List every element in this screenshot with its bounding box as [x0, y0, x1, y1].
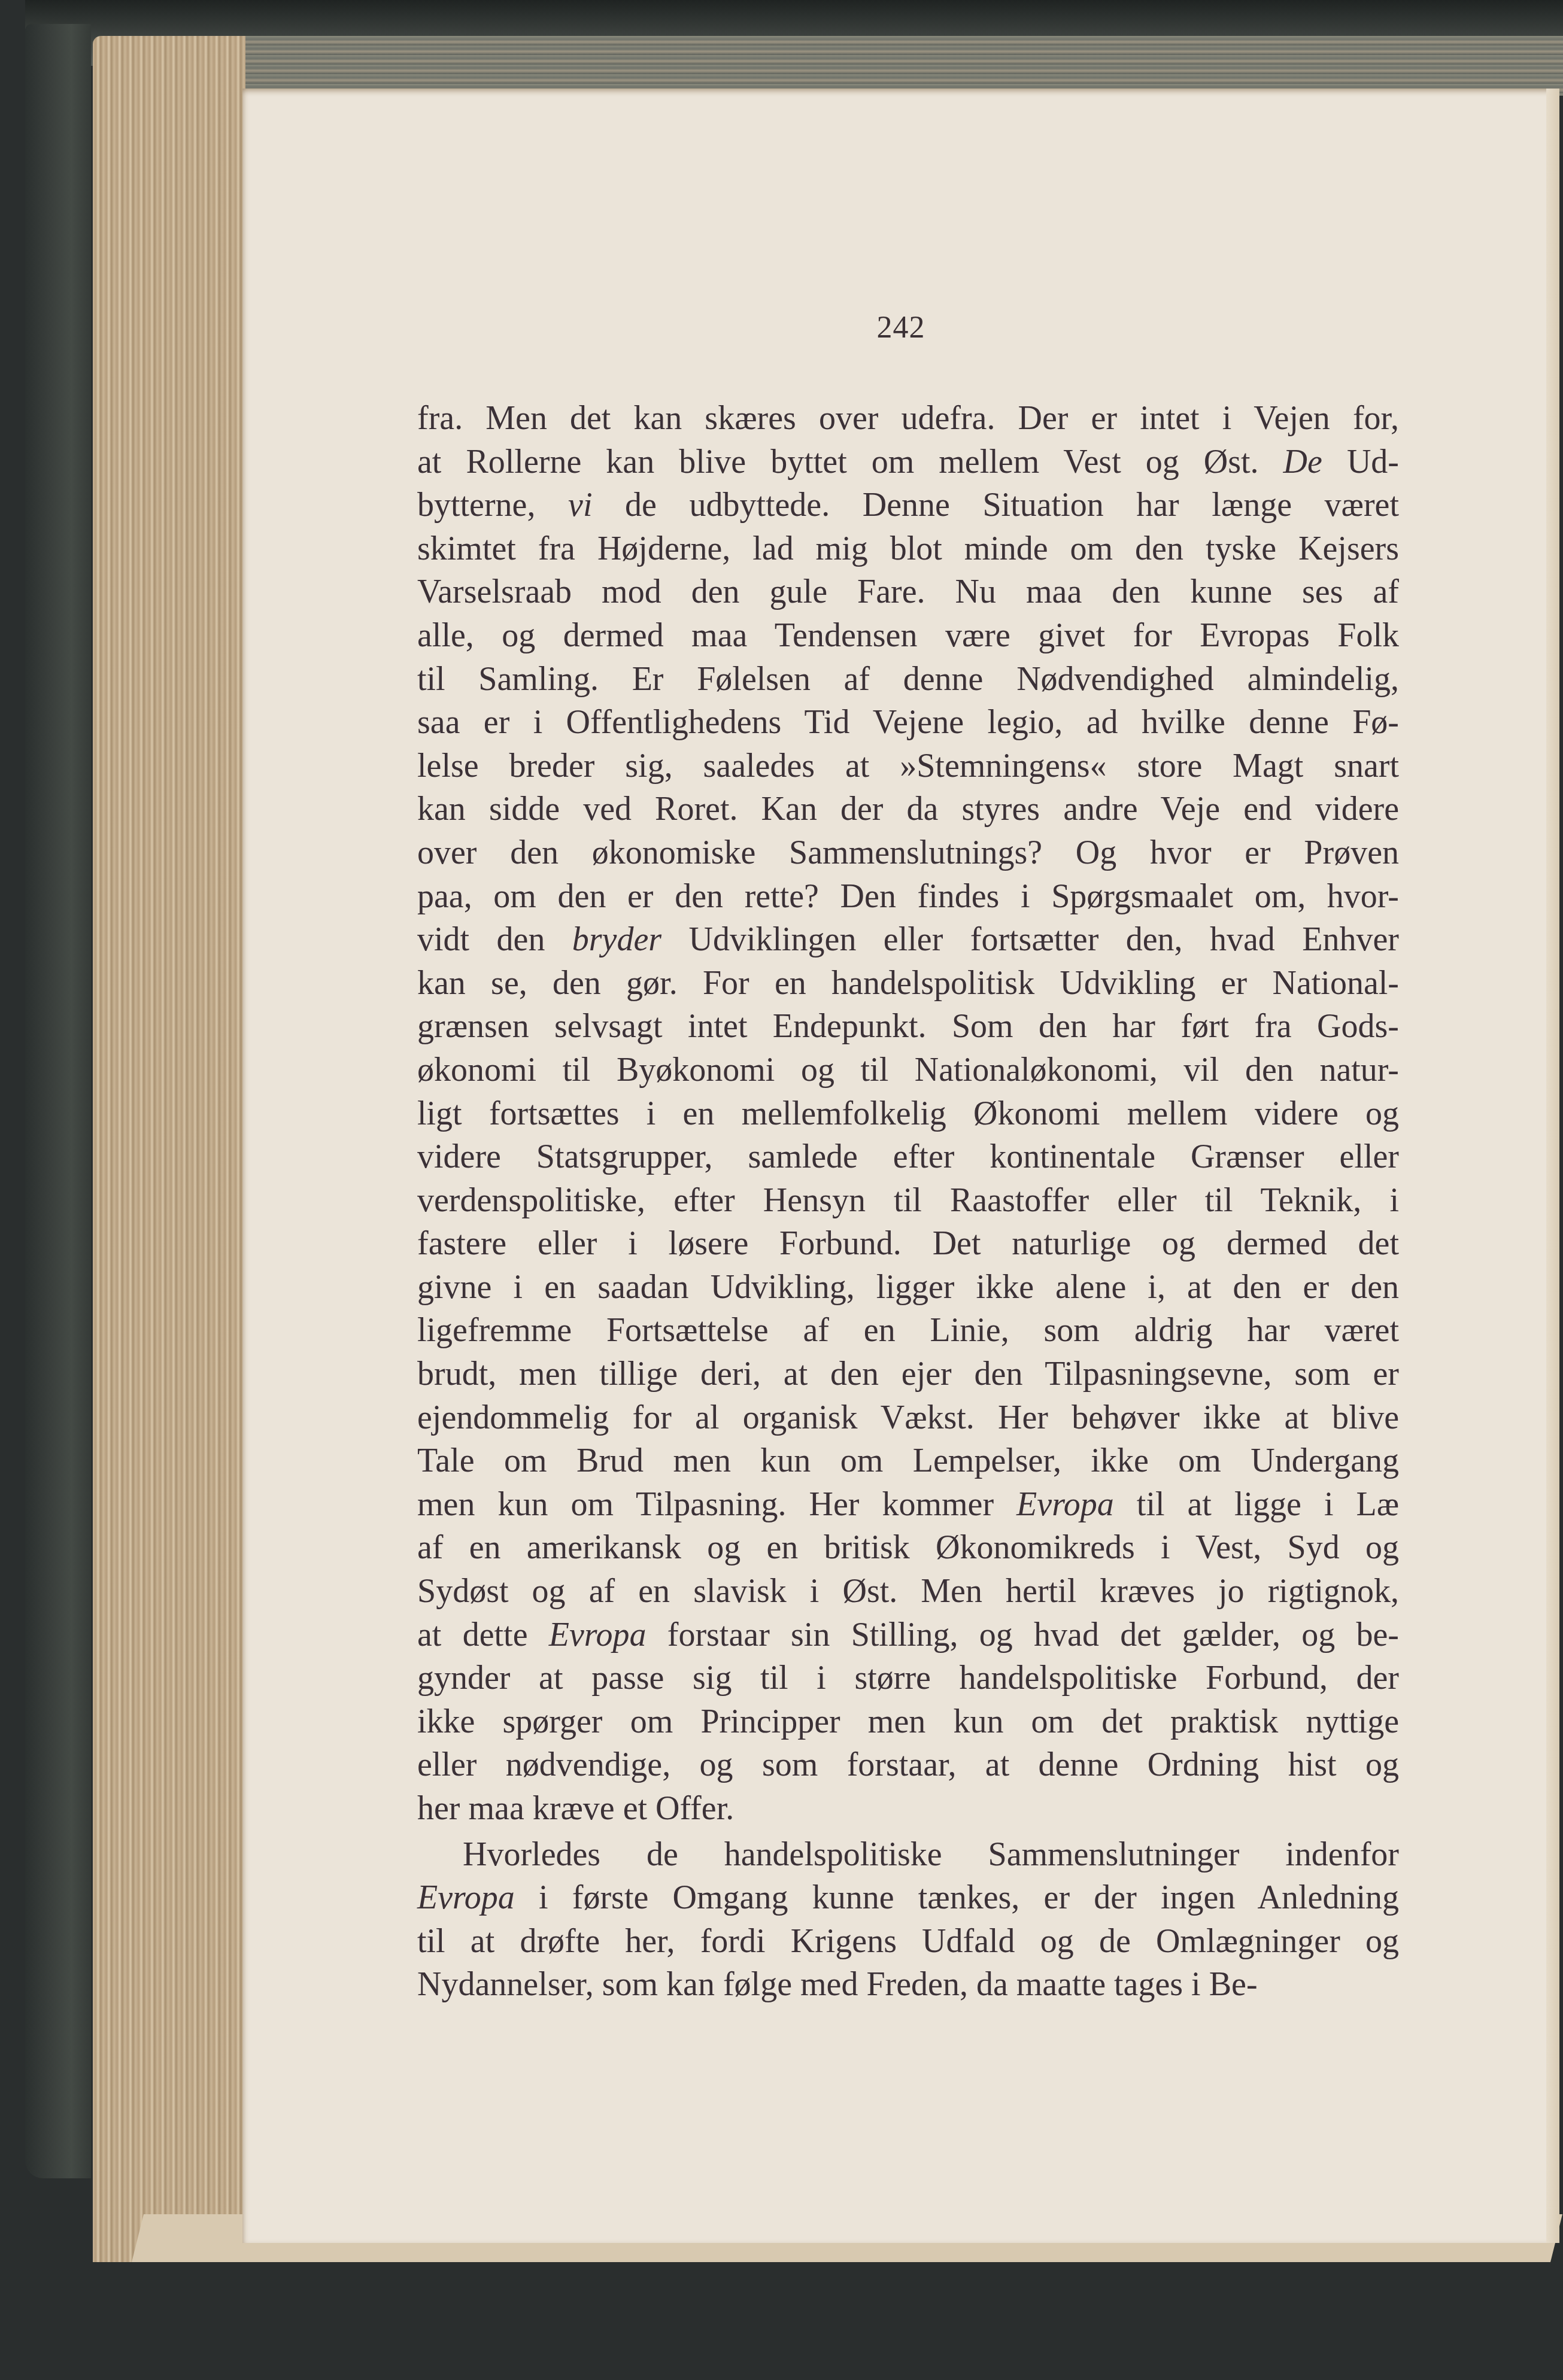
- text-run: Sydøst og af en slavisk i Øst. Men herti…: [417, 1573, 1399, 1610]
- italic-text: De: [1283, 443, 1322, 481]
- text-run: grænsen selvsagt intet Endepunkt. Som de…: [417, 1008, 1399, 1045]
- text-line: Tale om Brud men kun om Lempelser, ikke …: [417, 1439, 1399, 1483]
- text-run: givne i en saadan Udvikling, ligger ikke…: [417, 1269, 1399, 1306]
- text-line: gynder at passe sig til i større handels…: [417, 1656, 1399, 1700]
- text-line: over den økonomiske Sammenslutnings? Og …: [417, 831, 1399, 875]
- text-run: ikke spørger om Principper men kun om de…: [417, 1703, 1399, 1740]
- text-run: gynder at passe sig til i større handels…: [417, 1659, 1399, 1697]
- text-run: til Samling. Er Følelsen af denne Nødven…: [417, 661, 1399, 698]
- text-run: i første Omgang kunne tænkes, er der ing…: [515, 1879, 1399, 1916]
- text-run: bytterne,: [417, 487, 568, 524]
- text-run: kan se, den gør. For en handelspolitisk …: [417, 965, 1399, 1002]
- text-run: kan sidde ved Roret. Kan der da styres a…: [417, 791, 1399, 828]
- text-run: Nydannelser, som kan følge med Freden, d…: [417, 1966, 1258, 2003]
- text-run: økonomi til Byøkonomi og til Nationaløko…: [417, 1051, 1399, 1089]
- text-line: alle, og dermed maa Tendensen være givet…: [417, 614, 1399, 658]
- text-run: fastere eller i løsere Forbund. Det natu…: [417, 1225, 1399, 1262]
- text-line: givne i en saadan Udvikling, ligger ikke…: [417, 1266, 1399, 1309]
- text-run: her maa kræve et Offer.: [417, 1790, 734, 1827]
- text-line: skimtet fra Højderne, lad mig blot minde…: [417, 527, 1399, 571]
- text-line: grænsen selvsagt intet Endepunkt. Som de…: [417, 1005, 1399, 1048]
- text-run: fra. Men det kan skæres over udefra. Der…: [417, 400, 1399, 437]
- italic-text: Evropa: [549, 1616, 647, 1653]
- paragraph: fra. Men det kan skæres over udefra. Der…: [417, 397, 1399, 1831]
- text-line: paa, om den er den rette? Den findes i S…: [417, 875, 1399, 919]
- text-line: eller nødvendige, og som forstaar, at de…: [417, 1743, 1399, 1787]
- text-line: af en amerikansk og en britisk Økonomikr…: [417, 1526, 1399, 1570]
- text-run: at Rollerne kan blive byttet om mellem V…: [417, 443, 1283, 481]
- text-run: ejendommelig for al organisk Vækst. Her …: [417, 1399, 1399, 1436]
- text-run: at dette: [417, 1616, 549, 1653]
- italic-text: Evropa: [417, 1879, 515, 1916]
- page-right-edge: [1546, 89, 1559, 2243]
- book-page: 242 fra. Men det kan skæres over udefra.…: [242, 89, 1559, 2243]
- text-run: verdenspolitiske, efter Hensyn til Raast…: [417, 1182, 1399, 1219]
- text-line: brudt, men tillige deri, at den ejer den…: [417, 1352, 1399, 1396]
- text-line: Varselsraab mod den gule Fare. Nu maa de…: [417, 570, 1399, 614]
- text-line: Evropa i første Omgang kunne tænkes, er …: [417, 1876, 1399, 1920]
- text-run: saa er i Offentlighedens Tid Vejene legi…: [417, 704, 1399, 741]
- text-line: at dette Evropa forstaar sin Stilling, o…: [417, 1613, 1399, 1657]
- page-stack-left-edge: [93, 36, 245, 2262]
- text-line: til Samling. Er Følelsen af denne Nødven…: [417, 658, 1399, 701]
- text-run: videre Statsgrupper, samlede efter konti…: [417, 1138, 1399, 1175]
- text-run: lelse breder sig, saaledes at »Stemninge…: [417, 747, 1399, 785]
- text-line: ligefremme Fortsættelse af en Linie, som…: [417, 1309, 1399, 1352]
- text-run: Ud-: [1322, 443, 1399, 481]
- text-line: kan sidde ved Roret. Kan der da styres a…: [417, 788, 1399, 831]
- body-text: fra. Men det kan skæres over udefra. Der…: [417, 397, 1399, 2007]
- text-run: Tale om Brud men kun om Lempelser, ikke …: [417, 1442, 1399, 1479]
- text-line: at Rollerne kan blive byttet om mellem V…: [417, 440, 1399, 484]
- text-run: Udviklingen eller fortsætter den, hvad E…: [661, 921, 1399, 958]
- text-line: bytterne, vi de udbyttede. Denne Situati…: [417, 484, 1399, 527]
- text-line: videre Statsgrupper, samlede efter konti…: [417, 1135, 1399, 1179]
- text-run: ligefremme Fortsættelse af en Linie, som…: [417, 1312, 1399, 1349]
- text-run: skimtet fra Højderne, lad mig blot minde…: [417, 530, 1399, 567]
- text-line: ejendommelig for al organisk Vækst. Her …: [417, 1396, 1399, 1440]
- text-run: forstaar sin Stilling, og hvad det gælde…: [647, 1616, 1399, 1653]
- paragraph: Hvorledes de handelspolitiske Sammenslut…: [417, 1833, 1399, 2007]
- text-line: fastere eller i løsere Forbund. Det natu…: [417, 1222, 1399, 1266]
- book-cover-spine: [25, 24, 91, 2178]
- text-line: Hvorledes de handelspolitiske Sammenslut…: [417, 1833, 1399, 1877]
- text-run: af en amerikansk og en britisk Økonomikr…: [417, 1529, 1399, 1566]
- text-line: økonomi til Byøkonomi og til Nationaløko…: [417, 1048, 1399, 1092]
- text-line: men kun om Tilpasning. Her kommer Evropa…: [417, 1483, 1399, 1527]
- text-run: over den økonomiske Sammenslutnings? Og …: [417, 834, 1399, 871]
- italic-text: vi: [568, 487, 592, 524]
- text-line: her maa kræve et Offer.: [417, 1787, 1399, 1831]
- text-line: vidt den bryder Udviklingen eller fortsæ…: [417, 918, 1399, 962]
- text-run: Hvorledes de handelspolitiske Sammenslut…: [463, 1836, 1399, 1873]
- text-run: men kun om Tilpasning. Her kommer: [417, 1486, 1016, 1523]
- text-run: ligt fortsættes i en mellemfolkelig Økon…: [417, 1095, 1399, 1132]
- text-run: paa, om den er den rette? Den findes i S…: [417, 878, 1399, 915]
- text-run: de udbyttede. Denne Situation har længe …: [592, 487, 1399, 524]
- italic-text: Evropa: [1016, 1486, 1114, 1523]
- text-line: ligt fortsættes i en mellemfolkelig Økon…: [417, 1092, 1399, 1136]
- text-line: ikke spørger om Principper men kun om de…: [417, 1700, 1399, 1744]
- italic-text: bryder: [572, 921, 661, 958]
- page-stack-top-edge: [96, 36, 1563, 96]
- text-line: saa er i Offentlighedens Tid Vejene legi…: [417, 701, 1399, 744]
- text-run: eller nødvendige, og som forstaar, at de…: [417, 1746, 1399, 1783]
- text-run: Varselsraab mod den gule Fare. Nu maa de…: [417, 573, 1399, 610]
- text-line: kan se, den gør. For en handelspolitisk …: [417, 962, 1399, 1005]
- text-run: brudt, men tillige deri, at den ejer den…: [417, 1355, 1399, 1393]
- text-line: fra. Men det kan skæres over udefra. Der…: [417, 397, 1399, 440]
- text-line: lelse breder sig, saaledes at »Stemninge…: [417, 744, 1399, 788]
- text-run: alle, og dermed maa Tendensen være givet…: [417, 617, 1399, 654]
- text-line: verdenspolitiske, efter Hensyn til Raast…: [417, 1179, 1399, 1223]
- page-number: 242: [242, 310, 1559, 345]
- text-run: til at drøfte her, fordi Krigens Udfald …: [417, 1923, 1399, 1960]
- text-line: Nydannelser, som kan følge med Freden, d…: [417, 1963, 1399, 2007]
- text-line: til at drøfte her, fordi Krigens Udfald …: [417, 1920, 1399, 1963]
- text-run: vidt den: [417, 921, 572, 958]
- text-line: Sydøst og af en slavisk i Øst. Men herti…: [417, 1570, 1399, 1613]
- text-run: til at ligge i Læ: [1114, 1486, 1399, 1523]
